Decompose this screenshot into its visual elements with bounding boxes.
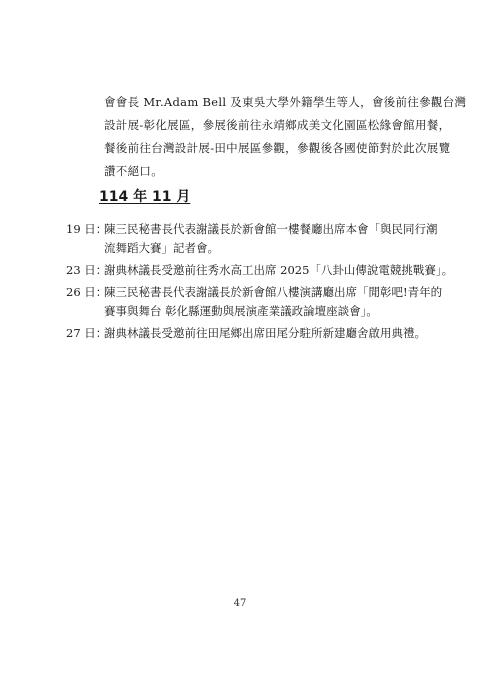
paragraph-line: 讚不絕口。	[104, 160, 422, 183]
page-number: 47	[0, 598, 480, 609]
event-list: 19 日： 陳三民秘書長代表謝議長於新會館一樓餐廳出席本會「與民同行潮 流舞蹈大…	[66, 220, 426, 346]
list-item: 27 日： 謝典林議長受邀前往田尾鄉出席田尾分駐所新建廳舍啟用典禮。	[66, 324, 426, 343]
entry-line: 賽事與舞台 彰化縣運動與展演產業議政論壇座談會」。	[104, 302, 442, 321]
section-heading: 114 年 11 月	[99, 186, 190, 206]
entry-text: 謝典林議長受邀前往田尾鄉出席田尾分駐所新建廳舍啟用典禮。	[104, 324, 426, 343]
entry-day: 26 日：	[66, 283, 104, 321]
entry-line: 謝典林議長受邀前往秀水高工出席 2025「八卦山傳說電競挑戰賽」。	[104, 261, 453, 280]
entry-line: 謝典林議長受邀前往田尾鄉出席田尾分駐所新建廳舍啟用典禮。	[104, 324, 426, 343]
paragraph-line: 設計展-彰化展區，參展後前往永靖鄉成美文化園區松緣會館用餐，	[104, 114, 422, 137]
entry-text: 陳三民秘書長代表謝議長於新會館一樓餐廳出席本會「與民同行潮 流舞蹈大賽」記者會。	[104, 220, 438, 258]
entry-line: 流舞蹈大賽」記者會。	[104, 239, 438, 258]
entry-day: 27 日：	[66, 324, 104, 343]
entry-day: 23 日：	[66, 261, 104, 280]
paragraph-line: 餐後前往台灣設計展-田中展區參觀，參觀後各國使節對於此次展覽	[104, 137, 422, 160]
list-item: 23 日： 謝典林議長受邀前往秀水高工出席 2025「八卦山傳說電競挑戰賽」。	[66, 261, 426, 280]
entry-text: 陳三民秘書長代表謝議長於新會館八樓演講廳出席「閒彰吧!青年的 賽事與舞台 彰化縣…	[104, 283, 442, 321]
entry-day: 19 日：	[66, 220, 104, 258]
entry-line: 陳三民秘書長代表謝議長於新會館八樓演講廳出席「閒彰吧!青年的	[104, 283, 442, 302]
intro-paragraph: 會會長 Mr.Adam Bell 及東吳大學外籍學生等人，會後前往參觀台灣 設計…	[104, 91, 422, 183]
list-item: 19 日： 陳三民秘書長代表謝議長於新會館一樓餐廳出席本會「與民同行潮 流舞蹈大…	[66, 220, 426, 258]
entry-line: 陳三民秘書長代表謝議長於新會館一樓餐廳出席本會「與民同行潮	[104, 220, 438, 239]
list-item: 26 日： 陳三民秘書長代表謝議長於新會館八樓演講廳出席「閒彰吧!青年的 賽事與…	[66, 283, 426, 321]
entry-text: 謝典林議長受邀前往秀水高工出席 2025「八卦山傳說電競挑戰賽」。	[104, 261, 453, 280]
paragraph-line: 會會長 Mr.Adam Bell 及東吳大學外籍學生等人，會後前往參觀台灣	[104, 91, 422, 114]
